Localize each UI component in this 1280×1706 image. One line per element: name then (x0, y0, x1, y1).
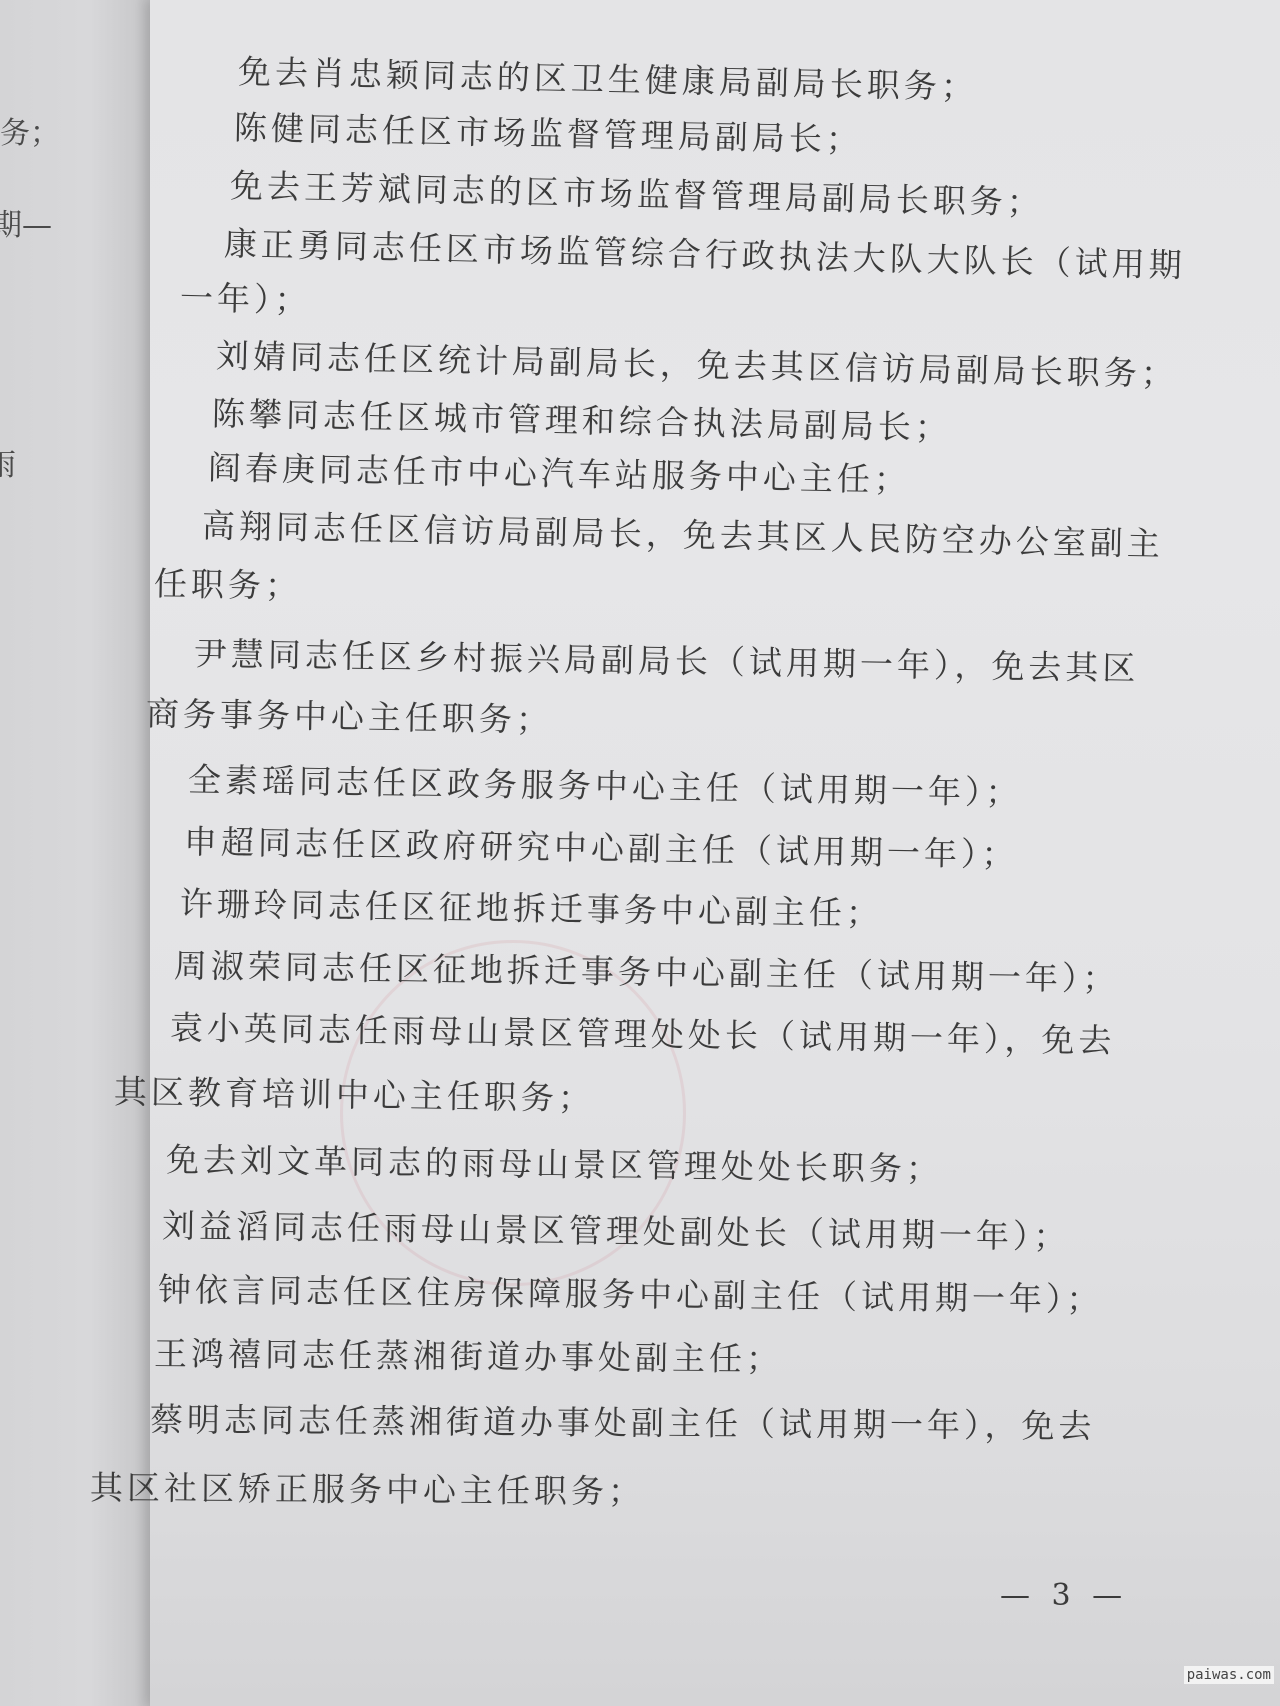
document-line: 钟依言同志任区住房保障服务中心副主任（试用期一年）； (158, 1264, 1104, 1321)
adjacent-page-edge: 务； 期— 雨 (0, 0, 150, 1706)
document-line: 其区教育培训中心主任职务； (114, 1066, 596, 1120)
document-line: 商务事务中心主任职务； (146, 688, 554, 741)
document-line: 陈攀同志任区城市管理和综合执法局副局长； (212, 388, 953, 449)
document-line: 蔡明志同志任蒸湘街道办事处副主任（试用期一年），免去 (150, 1394, 1096, 1448)
document-line: 袁小英同志任雨母山景区管理处处长（试用期一年），免去 (170, 1002, 1116, 1062)
document-page: 免去肖忠颖同志的区卫生健康局副局长职务； 陈健同志任区市场监督管理局副局长； 免… (150, 0, 1280, 1706)
document-line: 申超同志任区政府研究中心副主任（试用期一年）； (184, 816, 1019, 876)
page-number: — 3 — (1000, 1578, 1128, 1613)
document-line: 许珊玲同志任区征地拆迁事务中心副主任； (180, 878, 884, 935)
document-line: 尹慧同志任区乡村振兴局副局长（试用期一年），免去其区 (194, 628, 1140, 690)
document-line: 周淑荣同志任区征地拆迁事务中心副主任（试用期一年）； (174, 940, 1120, 1000)
document-line: 刘益滔同志任雨母山景区管理处副处长（试用期一年）； (162, 1200, 1071, 1258)
left-page-fragment: 期— (0, 200, 52, 244)
watermark: paiwas.com (1184, 1666, 1274, 1684)
document-line: 刘婧同志任区统计局副局长，免去其区信访局副局长职务； (216, 330, 1179, 395)
left-page-fragment: 务； (0, 108, 60, 152)
document-line: 免去王芳斌同志的区市场监督管理局副局长职务； (230, 160, 1045, 224)
document-line: 免去肖忠颖同志的区卫生健康局副局长职务； (238, 46, 979, 108)
document-line: 免去刘文革同志的雨母山景区管理处处长职务； (166, 1134, 944, 1190)
document-line: 任职务； (154, 558, 303, 608)
document-line: 王鸿禧同志任蒸湘街道办事处副主任； (154, 1328, 783, 1380)
document-line: 康正勇同志任区市场监管综合行政执法大队大队长（试用期 (223, 218, 1186, 287)
document-line: 其区社区矫正服务中心主任职务； (90, 1462, 645, 1513)
document-line: 全素瑶同志任区政务服务中心主任（试用期一年）； (188, 754, 1023, 814)
document-line: 阎春庚同志任市中心汽车站服务中心主任； (208, 442, 912, 501)
left-page-fragment: 雨 (0, 440, 16, 484)
document-line: 高翔同志任区信访局副局长，免去其区人民防空办公室副主 (202, 500, 1165, 565)
document-line: 一年）； (180, 272, 312, 322)
document-line: 陈健同志任区市场监督管理局副局长； (234, 102, 864, 161)
photographed-document: 务； 期— 雨 免去肖忠颖同志的区卫生健康局副局长职务； 陈健同志任区市场监督管… (0, 0, 1280, 1706)
